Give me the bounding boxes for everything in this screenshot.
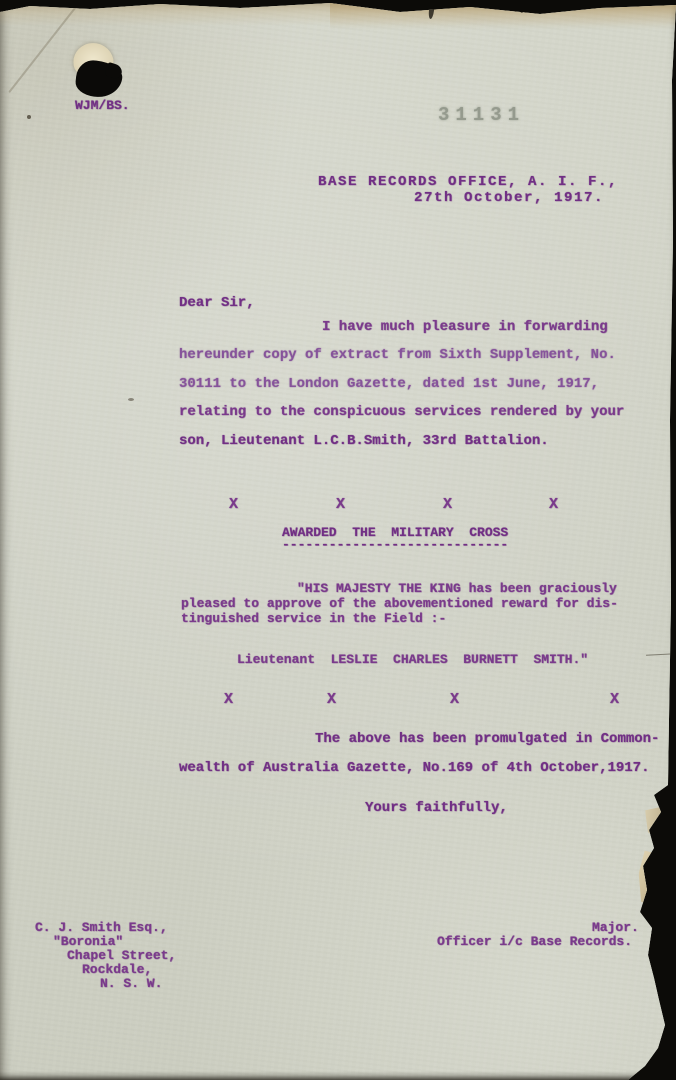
- award-heading-underline: -----------------------------: [282, 538, 508, 551]
- paragraph1-line-1: I have much pleasure in forwarding: [322, 320, 608, 334]
- letterhead-office: BASE RECORDS OFFICE, A. I. F.,: [318, 175, 618, 189]
- citation-line-1: "HIS MAJESTY THE KING has been graciousl…: [297, 582, 617, 595]
- separator-x: X: [224, 692, 233, 707]
- letter-page: WJM/BS. 31131 BASE RECORDS OFFICE, A. I.…: [0, 0, 676, 1080]
- separator-x: X: [327, 692, 336, 707]
- typist-reference: WJM/BS.: [75, 99, 130, 112]
- signature-title: Officer i/c Base Records.: [437, 935, 632, 948]
- closing: Yours faithfully,: [365, 801, 508, 815]
- staple-mark: [584, 1, 594, 10]
- paragraph2-line-1: The above has been promulgated in Common…: [315, 732, 659, 746]
- torn-edge-flap: [635, 850, 676, 911]
- recipient-address-line-2: "Boronia": [53, 935, 123, 948]
- separator-x: X: [443, 497, 452, 512]
- salutation: Dear Sir,: [179, 296, 255, 310]
- torn-top-edge-right: [330, 0, 676, 30]
- recipient-address-line-5: N. S. W.: [100, 977, 162, 990]
- signature-rank: Major.: [592, 921, 639, 934]
- right-edge-crease-line: [646, 653, 676, 656]
- separator-x: X: [610, 692, 619, 707]
- paper-speck: [128, 398, 134, 401]
- separator-x: X: [450, 692, 459, 707]
- registry-stamp-number: 31131: [438, 104, 525, 126]
- paragraph1-line-3: 30111 to the London Gazette, dated 1st J…: [179, 377, 599, 391]
- paragraph2-line-2: wealth of Australia Gazette, No.169 of 4…: [179, 761, 649, 775]
- paper-speck: [27, 115, 31, 119]
- separator-x: X: [229, 497, 238, 512]
- citation-line-3: tinguished service in the Field :-: [181, 612, 446, 625]
- bottom-edge-shadow: [0, 1071, 676, 1080]
- separator-x: X: [336, 497, 345, 512]
- separator-x: X: [549, 497, 558, 512]
- recipient-address-line-4: Rockdale,: [82, 963, 152, 976]
- recipient-address-line-3: Chapel Street,: [67, 949, 176, 962]
- paragraph1-line-2: hereunder copy of extract from Sixth Sup…: [179, 348, 616, 362]
- paragraph1-line-4: relating to the conspicuous services ren…: [179, 405, 624, 419]
- paragraph1-line-5: son, Lieutenant L.C.B.Smith, 33rd Battal…: [179, 434, 549, 448]
- citation-line-2: pleased to approve of the abovementioned…: [181, 597, 618, 610]
- torn-edge-flap: [645, 805, 673, 841]
- recipient-address-line-1: C. J. Smith Esq.,: [35, 921, 168, 934]
- awardee-name-line: Lieutenant LESLIE CHARLES BURNETT SMITH.…: [237, 653, 588, 666]
- letterhead-date: 27th October, 1917.: [414, 191, 604, 205]
- staple-mark: [519, 2, 525, 13]
